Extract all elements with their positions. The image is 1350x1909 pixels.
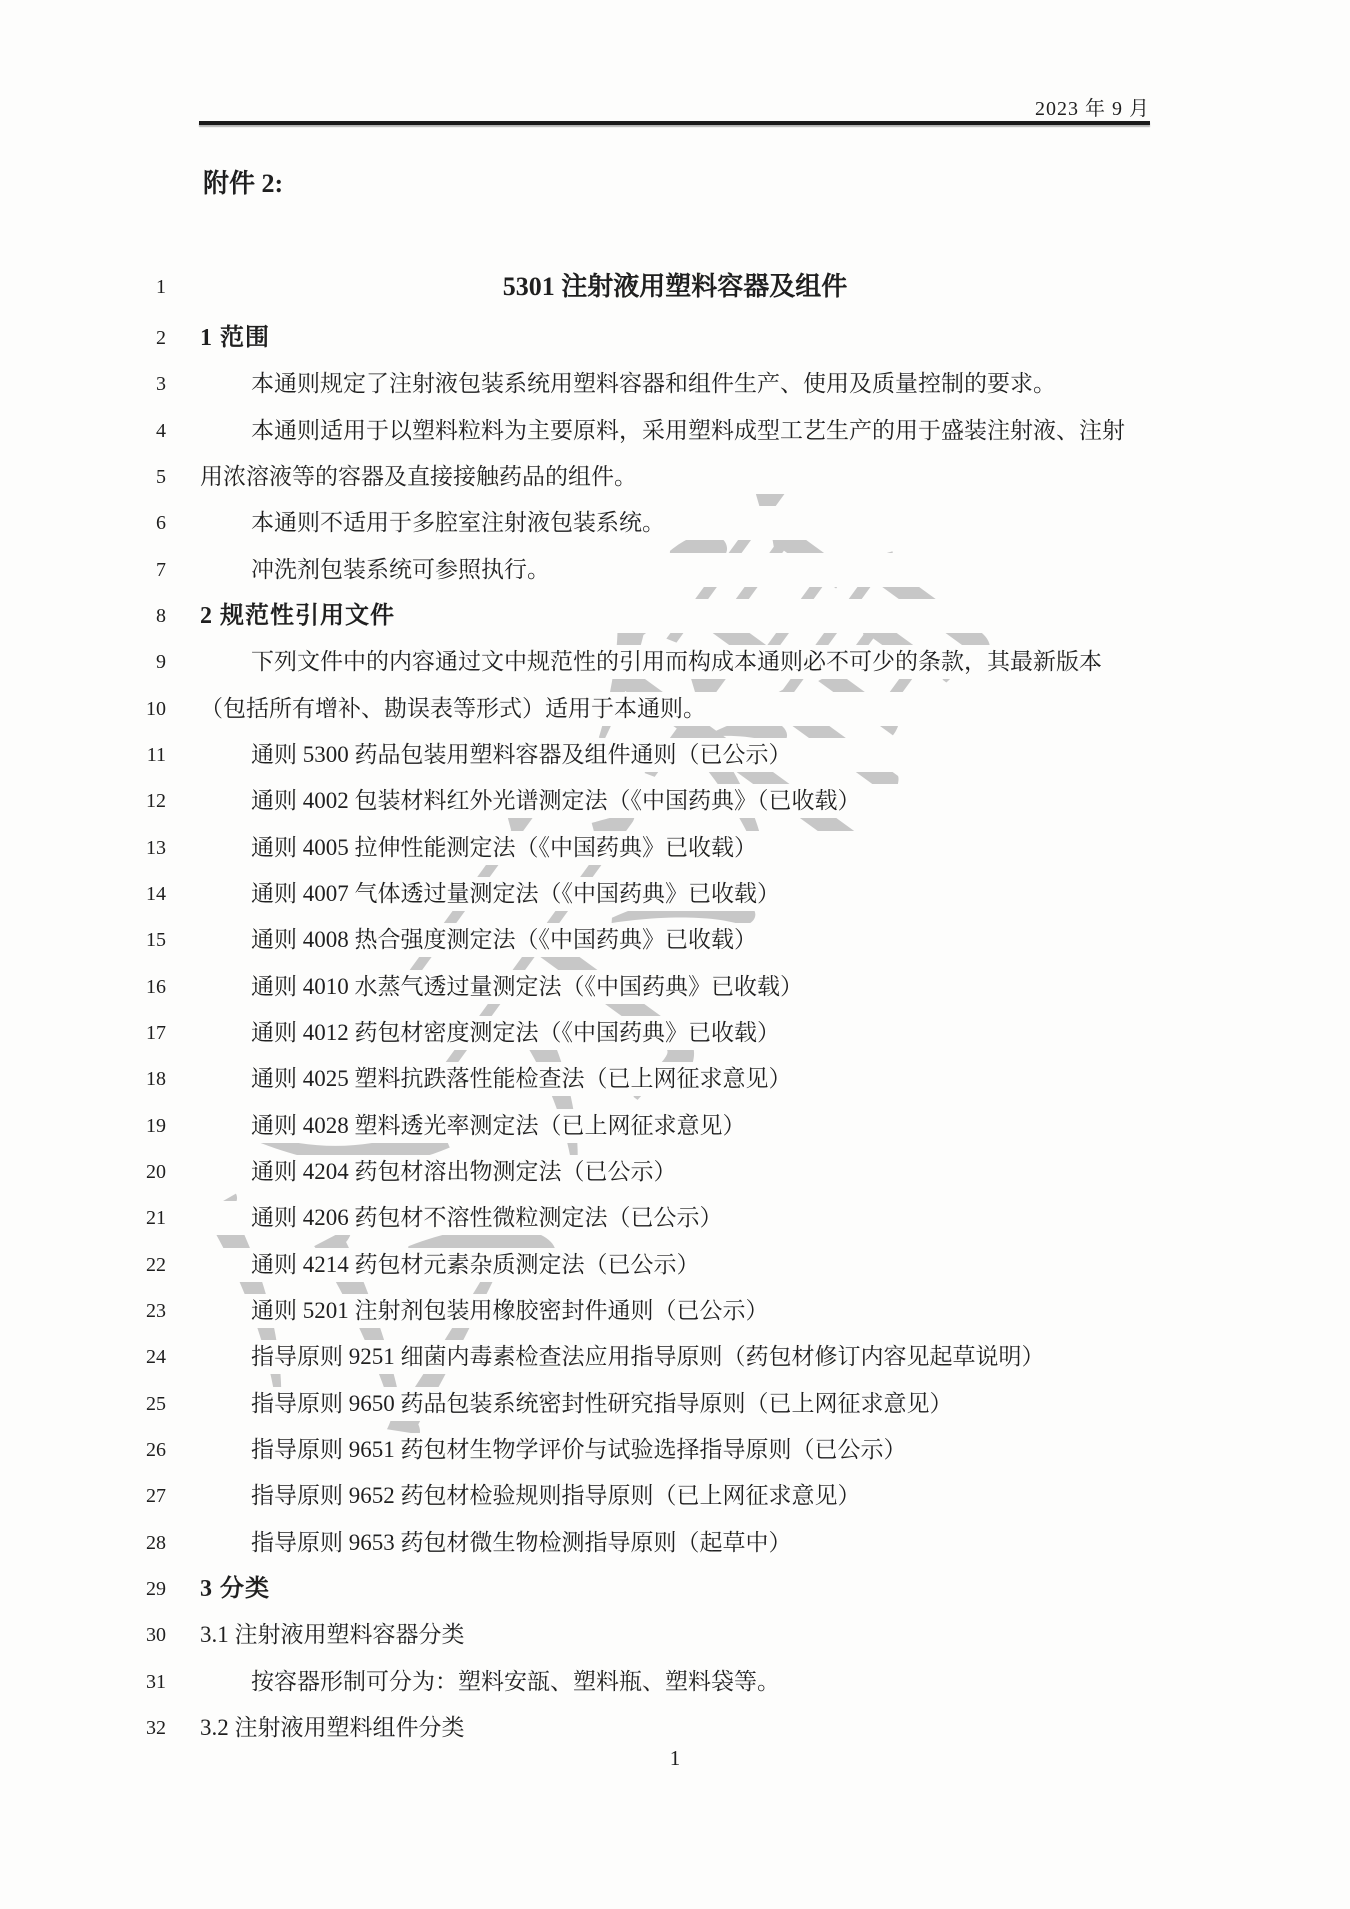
document-line: 19通则 4028 塑料透光率测定法（已上网征求意见）	[0, 1109, 1350, 1143]
document-line: 15通则 4008 热合强度测定法（《中国药典》已收载）	[0, 923, 1350, 957]
document-line: 14通则 4007 气体透过量测定法（《中国药典》已收载）	[0, 877, 1350, 911]
document-line: 28指导原则 9653 药包材微生物检测指导原则（起草中）	[0, 1526, 1350, 1560]
section-heading: 2 规范性引用文件	[200, 599, 1150, 633]
document-line: 10（包括所有增补、勘误表等形式）适用于本通则。	[0, 692, 1350, 726]
line-number: 20	[116, 1155, 166, 1189]
header-rule	[199, 121, 1150, 125]
document-line: 293 分类	[0, 1572, 1350, 1606]
page-number: 1	[200, 1746, 1150, 1771]
line-text: 按容器形制可分为：塑料安瓿、塑料瓶、塑料袋等。	[200, 1665, 1150, 1699]
document-line: 16通则 4010 水蒸气透过量测定法（《中国药典》已收载）	[0, 970, 1350, 1004]
line-number: 3	[116, 367, 166, 401]
document-line: 6本通则不适用于多腔室注射液包装系统。	[0, 506, 1350, 540]
document-line: 26指导原则 9651 药包材生物学评价与试验选择指导原则（已公示）	[0, 1433, 1350, 1467]
line-text: （包括所有增补、勘误表等形式）适用于本通则。	[200, 692, 1150, 726]
document-line: 4本通则适用于以塑料粒料为主要原料，采用塑料成型工艺生产的用于盛装注射液、注射	[0, 414, 1350, 448]
line-number: 17	[116, 1016, 166, 1050]
line-number: 25	[116, 1387, 166, 1421]
line-number: 2	[116, 321, 166, 355]
line-text: 通则 5300 药品包装用塑料容器及组件通则（已公示）	[200, 738, 1150, 772]
line-number: 30	[116, 1618, 166, 1652]
document-line: 7冲洗剂包装系统可参照执行。	[0, 553, 1350, 587]
attachment-label: 附件 2:	[203, 163, 283, 200]
header-date: 2023 年 9 月	[200, 92, 1150, 121]
document-line: 15301 注射液用塑料容器及组件	[0, 270, 1350, 304]
line-text: 通则 4005 拉伸性能测定法（《中国药典》已收载）	[200, 831, 1150, 865]
document-line: 22通则 4214 药包材元素杂质测定法（已公示）	[0, 1248, 1350, 1282]
line-number: 1	[116, 270, 166, 304]
subsection-heading: 3.2 注射液用塑料组件分类	[200, 1711, 1150, 1745]
section-heading: 1 范围	[200, 321, 1150, 355]
line-text: 本通则不适用于多腔室注射液包装系统。	[200, 506, 1150, 540]
line-number: 15	[116, 923, 166, 957]
line-text: 指导原则 9251 细菌内毒素检查法应用指导原则（药包材修订内容见起草说明）	[200, 1340, 1150, 1374]
document-line: 3本通则规定了注射液包装系统用塑料容器和组件生产、使用及质量控制的要求。	[0, 367, 1350, 401]
document-title: 5301 注射液用塑料容器及组件	[200, 270, 1150, 304]
line-number: 22	[116, 1248, 166, 1282]
document-line: 13通则 4005 拉伸性能测定法（《中国药典》已收载）	[0, 831, 1350, 865]
line-number: 14	[116, 877, 166, 911]
line-number: 32	[116, 1711, 166, 1745]
document-line: 21 范围	[0, 321, 1350, 355]
line-text: 通则 4012 药包材密度测定法（《中国药典》已收载）	[200, 1016, 1150, 1050]
line-number: 24	[116, 1340, 166, 1374]
line-number: 6	[116, 506, 166, 540]
line-text: 通则 4206 药包材不溶性微粒测定法（已公示）	[200, 1201, 1150, 1235]
line-text: 本通则规定了注射液包装系统用塑料容器和组件生产、使用及质量控制的要求。	[200, 367, 1150, 401]
line-number: 13	[116, 831, 166, 865]
document-line: 17通则 4012 药包材密度测定法（《中国药典》已收载）	[0, 1016, 1350, 1050]
line-number: 10	[116, 692, 166, 726]
line-number: 8	[116, 599, 166, 633]
line-text: 指导原则 9651 药包材生物学评价与试验选择指导原则（已公示）	[200, 1433, 1150, 1467]
line-number: 29	[116, 1572, 166, 1606]
line-number: 16	[116, 970, 166, 1004]
line-text: 通则 4025 塑料抗跌落性能检查法（已上网征求意见）	[200, 1062, 1150, 1096]
line-text: 下列文件中的内容通过文中规范性的引用而构成本通则必不可少的条款，其最新版本	[200, 645, 1150, 679]
document-line: 18通则 4025 塑料抗跌落性能检查法（已上网征求意见）	[0, 1062, 1350, 1096]
line-text: 通则 4010 水蒸气透过量测定法（《中国药典》已收载）	[200, 970, 1150, 1004]
line-number: 21	[116, 1201, 166, 1235]
line-text: 指导原则 9653 药包材微生物检测指导原则（起草中）	[200, 1526, 1150, 1560]
line-number: 7	[116, 553, 166, 587]
line-number: 5	[116, 460, 166, 494]
line-text: 通则 4007 气体透过量测定法（《中国药典》已收载）	[200, 877, 1150, 911]
line-text: 指导原则 9650 药品包装系统密封性研究指导原则（已上网征求意见）	[200, 1387, 1150, 1421]
document-line: 11通则 5300 药品包装用塑料容器及组件通则（已公示）	[0, 738, 1350, 772]
line-number: 28	[116, 1526, 166, 1560]
document-line: 31按容器形制可分为：塑料安瓿、塑料瓶、塑料袋等。	[0, 1665, 1350, 1699]
line-text: 通则 5201 注射剂包装用橡胶密封件通则（已公示）	[200, 1294, 1150, 1328]
document-line: 23通则 5201 注射剂包装用橡胶密封件通则（已公示）	[0, 1294, 1350, 1328]
line-text: 通则 4214 药包材元素杂质测定法（已公示）	[200, 1248, 1150, 1282]
line-text: 通则 4204 药包材溶出物测定法（已公示）	[200, 1155, 1150, 1189]
line-number: 23	[116, 1294, 166, 1328]
line-number: 19	[116, 1109, 166, 1143]
line-text: 冲洗剂包装系统可参照执行。	[200, 553, 1150, 587]
document-line: 12通则 4002 包装材料红外光谱测定法（《中国药典》（已收载）	[0, 784, 1350, 818]
line-text: 通则 4008 热合强度测定法（《中国药典》已收载）	[200, 923, 1150, 957]
line-text: 本通则适用于以塑料粒料为主要原料，采用塑料成型工艺生产的用于盛装注射液、注射	[200, 414, 1150, 448]
line-number: 26	[116, 1433, 166, 1467]
line-number: 4	[116, 414, 166, 448]
line-number: 12	[116, 784, 166, 818]
line-number: 9	[116, 645, 166, 679]
line-text: 通则 4002 包装材料红外光谱测定法（《中国药典》（已收载）	[200, 784, 1150, 818]
line-text: 指导原则 9652 药包材检验规则指导原则（已上网征求意见）	[200, 1479, 1150, 1513]
document-line: 5用浓溶液等的容器及直接接触药品的组件。	[0, 460, 1350, 494]
document-line: 20通则 4204 药包材溶出物测定法（已公示）	[0, 1155, 1350, 1189]
document-line: 24指导原则 9251 细菌内毒素检查法应用指导原则（药包材修订内容见起草说明）	[0, 1340, 1350, 1374]
document-line: 323.2 注射液用塑料组件分类	[0, 1711, 1350, 1745]
line-number: 11	[116, 738, 166, 772]
line-number: 31	[116, 1665, 166, 1699]
document-line: 9下列文件中的内容通过文中规范性的引用而构成本通则必不可少的条款，其最新版本	[0, 645, 1350, 679]
subsection-heading: 3.1 注射液用塑料容器分类	[200, 1618, 1150, 1652]
line-number: 18	[116, 1062, 166, 1096]
document-page: 公示稿 2023 年 9 月 附件 2: 15301 注射液用塑料容器及组件21…	[0, 0, 1350, 1909]
line-number: 27	[116, 1479, 166, 1513]
document-line: 82 规范性引用文件	[0, 599, 1350, 633]
line-text: 通则 4028 塑料透光率测定法（已上网征求意见）	[200, 1109, 1150, 1143]
document-line: 27指导原则 9652 药包材检验规则指导原则（已上网征求意见）	[0, 1479, 1350, 1513]
section-heading: 3 分类	[200, 1572, 1150, 1606]
document-line: 25指导原则 9650 药品包装系统密封性研究指导原则（已上网征求意见）	[0, 1387, 1350, 1421]
document-line: 21通则 4206 药包材不溶性微粒测定法（已公示）	[0, 1201, 1350, 1235]
document-line: 303.1 注射液用塑料容器分类	[0, 1618, 1350, 1652]
line-text: 用浓溶液等的容器及直接接触药品的组件。	[200, 460, 1150, 494]
